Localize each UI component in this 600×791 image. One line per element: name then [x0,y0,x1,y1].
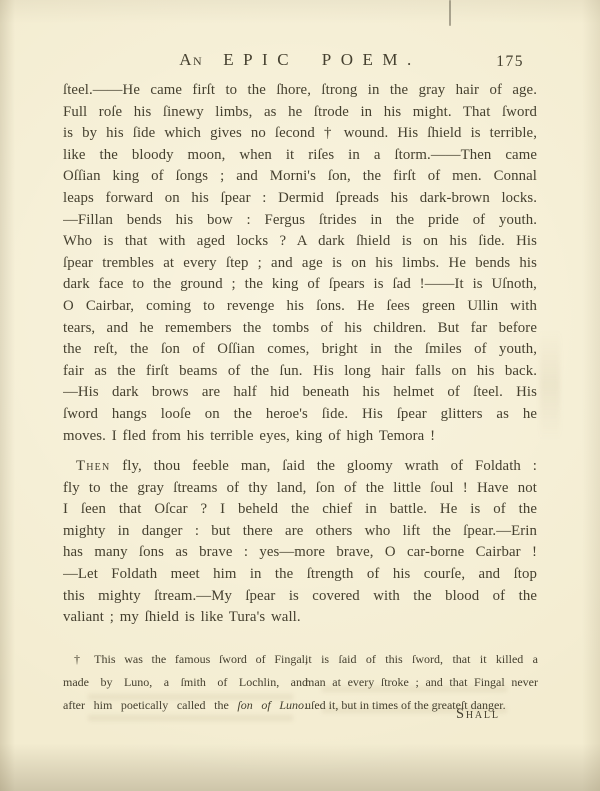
text-line: —His dark brows are half hid beneath his… [63,382,537,404]
text-line: Full roſe his ſinewy limbs, as he ſtrode… [63,102,537,124]
text-line: dark face to the ground ; the king of ſp… [63,274,537,296]
footnote-line: it is ſaid of this ſword, that it killed… [305,648,538,671]
catchword: Shall [456,706,500,723]
text-line: moves. I fled from his terrible eyes, ki… [63,426,537,448]
text-line: leaps forward on his ſpear : Dermid ſpre… [63,188,537,210]
running-title-article: An [179,50,203,70]
text-line: this mighty ſtream.—My ſpear is covered … [63,586,537,608]
body-paragraph-2: Then fly, thou feeble man, ſaid the gloo… [63,456,537,629]
body-paragraph-1: ſteel.——He came firſt to the ſhore, ſtro… [63,80,537,447]
text-line: Oſſian king of ſongs ; and Morni's ſon, … [63,166,537,188]
text-line: ſteel.——He came firſt to the ſhore, ſtro… [63,80,537,102]
text-line: the reſt, the ſon of Oſſian comes, brigh… [63,339,537,361]
footnote-line: made by Luno, a ſmith of Lochlin, and [63,671,308,694]
book-page: An EPIC POEM. 175 ſteel.——He came firſt … [0,0,600,791]
text-line: ſword hangs looſe on the heroe's ſide. H… [63,404,537,426]
footnote-line: uſed it, but in times of the greateſt da… [305,694,538,717]
text-line: valiant ; my ſhield is like Tura's wall. [63,607,537,629]
text-line: fair as the firſt beams of the ſun. His … [63,361,537,383]
text-line: O Cairbar, coming to revenge his ſons. H… [63,296,537,318]
footnote-italic-phrase: ſon of Luno: [237,698,308,712]
text-line: Who is that with aged locks ? A dark ſhi… [63,231,537,253]
text-line: —Fillan bends his bow : Fergus ſtrides i… [63,210,537,232]
ink-showthrough [540,330,560,440]
text-line: —Let Foldath meet him in the ſtrength of… [63,564,537,586]
footnote-line: after him poetically called the ſon of L… [63,694,308,717]
footnote-line: man at every ſtroke ; and that Fingal ne… [305,671,538,694]
running-title: EPIC POEM. [223,50,421,70]
text-line: tears, and he remembers the tombs of his… [63,318,537,340]
footnote-right-column: it is ſaid of this ſword, that it killed… [305,648,538,717]
footnote-line: † This was the famous ſword of Fingal, [63,648,308,671]
page-number: 175 [496,53,524,71]
text-line: Then fly, thou feeble man, ſaid the gloo… [63,456,537,478]
text-line: is by his ſide which gives no ſecond † w… [63,123,537,145]
text-line-rest: fly, thou feeble man, ſaid the gloomy wr… [110,458,537,474]
scan-artifact-line [449,0,451,26]
text-line: like the bloody moon, when it riſes in a… [63,145,537,167]
text-line: ſpear trembles at every ſtep ; and age i… [63,253,537,275]
footnote-text: after him poetically called the [63,698,237,712]
page-header: An EPIC POEM. 175 [63,50,537,76]
small-caps-lead-word: Then [76,458,110,474]
text-line: fly to the gray ſtreams of thy land, ſon… [63,478,537,500]
text-line: I ſeen that Oſcar ? I beheld the chief i… [63,499,537,521]
text-line: has many ſons as brave : yes—more brave,… [63,542,537,564]
text-line: mighty in danger : but there are others … [63,521,537,543]
footnote-left-column: † This was the famous ſword of Fingal, m… [63,648,308,717]
